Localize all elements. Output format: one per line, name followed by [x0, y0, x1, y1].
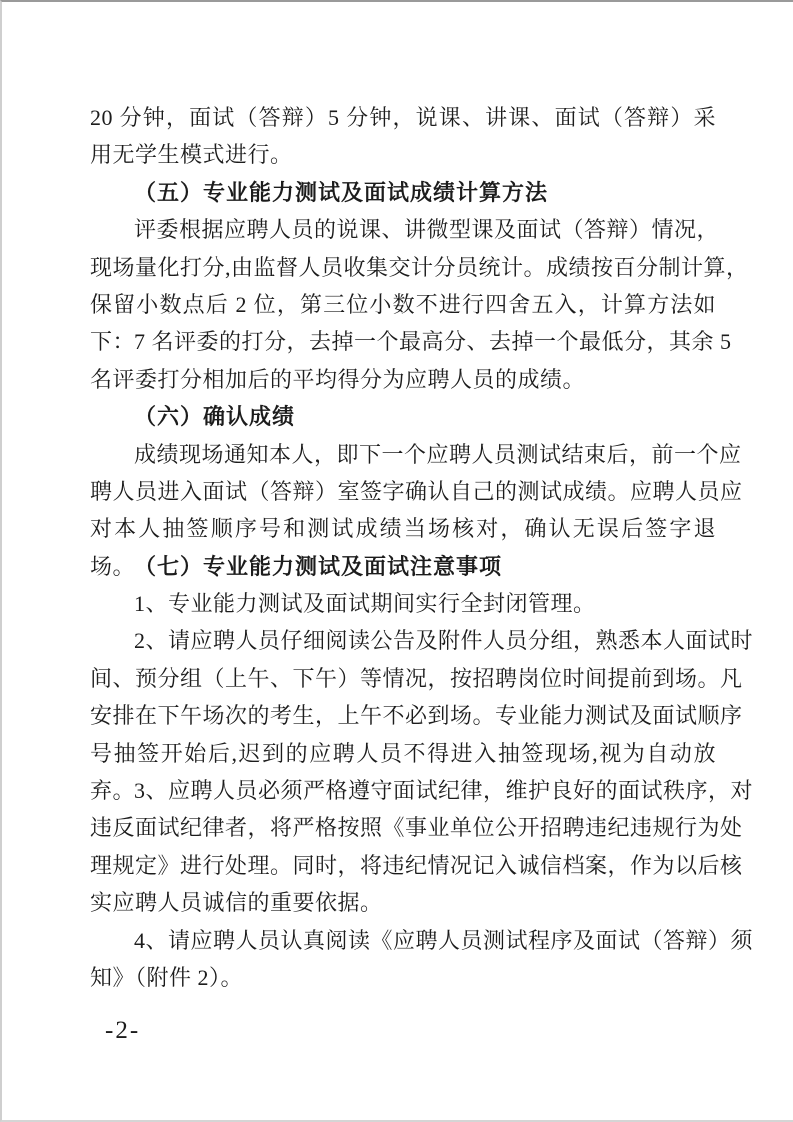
- paragraph: 2、请应聘人员仔细阅读公告及附件人员分组，熟悉本人面试时 间、预分组（上午、下午…: [90, 622, 716, 772]
- body-line: 安排在下午场次的考生，上午不必到场。专业能力测试及面试顺序: [90, 697, 716, 734]
- body-line: 违反面试纪律者，将严格按照《事业单位公开招聘违纪违规行为处: [90, 809, 716, 846]
- body-line: 2、请应聘人员仔细阅读公告及附件人员分组，熟悉本人面试时: [90, 622, 716, 659]
- body-line: 聘人员进入面试（答辩）室签字确认自己的测试成绩。应聘人员应: [90, 473, 716, 510]
- body-line: 评委根据应聘人员的说课、讲微型课及面试（答辩）情况，: [90, 211, 716, 248]
- document-body: 20 分钟，面试（答辩）5 分钟，说课、讲课、面试（答辩）采 用无学生模式进行。…: [90, 99, 716, 996]
- body-line: 间、预分组（上午、下午）等情况，按招聘岗位时间提前到场。凡: [90, 660, 716, 697]
- paragraph: 7 名评委的打分，去掉一个最高分、去掉一个最低分，其余 5 名评委打分相加后的平…: [90, 323, 716, 398]
- heading-line: （五）专业能力测试及面试成绩计算方法: [90, 174, 716, 211]
- body-line: 对本人抽签顺序号和测试成绩当场核对，确认无误后签字退场。: [90, 510, 716, 547]
- section-heading-5: （五）专业能力测试及面试成绩计算方法: [90, 174, 716, 211]
- section-heading-6: （六）确认成绩: [90, 398, 716, 435]
- document-page: 20 分钟，面试（答辩）5 分钟，说课、讲课、面试（答辩）采 用无学生模式进行。…: [0, 0, 793, 1122]
- body-line: 知》（附件 2）。: [90, 959, 716, 996]
- paragraph: 3、应聘人员必须严格遵守面试纪律，维护良好的面试秩序，对 违反面试纪律者，将严格…: [90, 772, 716, 922]
- paragraph: 20 分钟，面试（答辩）5 分钟，说课、讲课、面试（答辩）采 用无学生模式进行。: [90, 99, 716, 174]
- body-line: 现场量化打分,由监督人员收集交计分员统计。成绩按百分制计算，: [90, 249, 716, 286]
- heading-line: （七）专业能力测试及面试注意事项: [90, 548, 716, 585]
- paragraph: 4、请应聘人员认真阅读《应聘人员测试程序及面试（答辩）须 知》（附件 2）。: [90, 922, 716, 997]
- page-number: -2-: [105, 1017, 140, 1045]
- body-line: 3、应聘人员必须严格遵守面试纪律，维护良好的面试秩序，对: [90, 772, 716, 809]
- body-line: 理规定》进行处理。同时，将违纪情况记入诚信档案，作为以后核: [90, 847, 716, 884]
- body-line: 实应聘人员诚信的重要依据。: [90, 884, 716, 921]
- heading-line: （六）确认成绩: [90, 398, 716, 435]
- section-heading-7: （七）专业能力测试及面试注意事项: [90, 548, 716, 585]
- paragraph: 成绩现场通知本人，即下一个应聘人员测试结束后，前一个应 聘人员进入面试（答辩）室…: [90, 436, 716, 548]
- body-line: 名评委打分相加后的平均得分为应聘人员的成绩。: [90, 361, 716, 398]
- body-line: 4、请应聘人员认真阅读《应聘人员测试程序及面试（答辩）须: [90, 922, 716, 959]
- body-line: 7 名评委的打分，去掉一个最高分、去掉一个最低分，其余 5: [90, 323, 716, 360]
- body-line: 用无学生模式进行。: [90, 136, 716, 173]
- body-line: 20 分钟，面试（答辩）5 分钟，说课、讲课、面试（答辩）采: [90, 99, 716, 136]
- body-line: 1、专业能力测试及面试期间实行全封闭管理。: [90, 585, 716, 622]
- paragraph: 评委根据应聘人员的说课、讲微型课及面试（答辩）情况， 现场量化打分,由监督人员收…: [90, 211, 716, 323]
- paragraph: 1、专业能力测试及面试期间实行全封闭管理。: [90, 585, 716, 622]
- body-line: 保留小数点后 2 位，第三位小数不进行四舍五入，计算方法如下：: [90, 286, 716, 323]
- body-line: 成绩现场通知本人，即下一个应聘人员测试结束后，前一个应: [90, 436, 716, 473]
- body-line: 号抽签开始后,迟到的应聘人员不得进入抽签现场,视为自动放弃。: [90, 735, 716, 772]
